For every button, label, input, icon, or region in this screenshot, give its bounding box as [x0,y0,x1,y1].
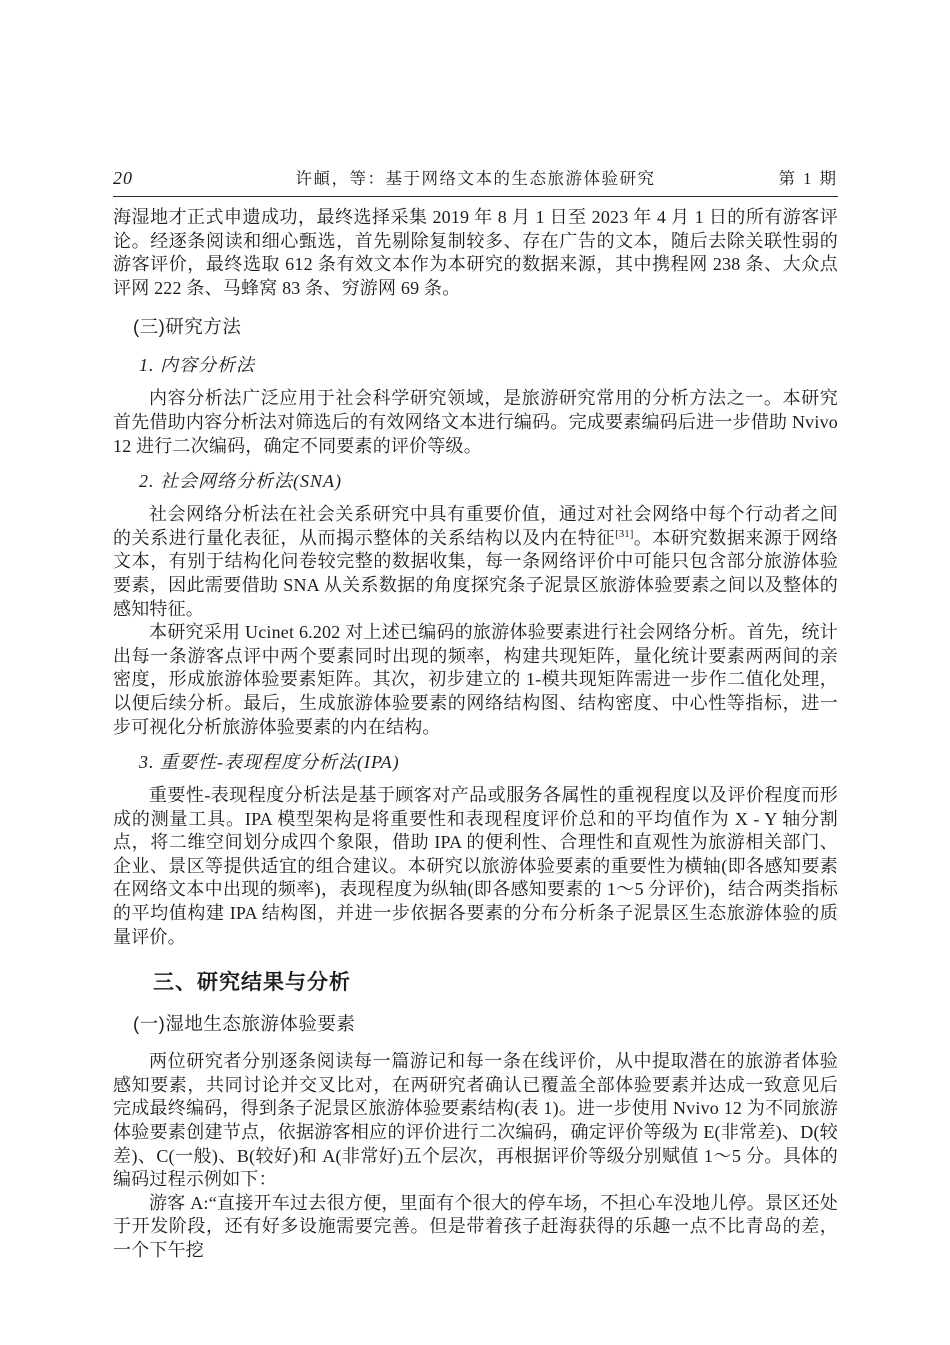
paragraph-ucinet: 本研究采用 Ucinet 6.202 对上述已编码的旅游体验要素进行社会网络分析… [113,621,838,739]
method-heading-sna: 2. 社会网络分析法(SNA) [113,469,838,493]
method-heading-content-analysis: 1. 内容分析法 [113,353,838,377]
running-header: 20 许頔，等：基于网络文本的生态旅游体验研究 第 1 期 [113,165,838,197]
section-heading-research-methods: (三)研究方法 [113,315,838,339]
issue-label: 第 1 期 [748,165,838,189]
paragraph-tourist-a-quote: 游客 A:“直接开车过去很方便，里面有个很大的停车场，不担心车没地儿停。景区还处… [113,1192,838,1263]
page-body: 海湿地才正式申遗成功，最终选择采集 2019 年 8 月 1 日至 2023 年… [113,206,838,1263]
page-number: 20 [113,168,203,189]
paragraph-coding-process: 两位研究者分别逐条阅读每一篇游记和每一条在线评价，从中提取潜在的旅游者体验感知要… [113,1050,838,1192]
section-heading-experience-elements: (一)湿地生态旅游体验要素 [113,1012,838,1036]
chapter-heading-results: 三、研究结果与分析 [113,969,838,997]
citation-ref-31: [31] [615,528,633,540]
method-heading-ipa: 3. 重要性-表现程度分析法(IPA) [113,750,838,774]
paragraph-sna-intro: 社会网络分析法在社会关系研究中具有重要价值，通过对社会网络中每个行动者之间的关系… [113,503,838,621]
paragraph-data-source: 海湿地才正式申遗成功，最终选择采集 2019 年 8 月 1 日至 2023 年… [113,206,838,300]
paper-page: 20 许頔，等：基于网络文本的生态旅游体验研究 第 1 期 海湿地才正式申遗成功… [0,0,950,1345]
running-title: 许頔，等：基于网络文本的生态旅游体验研究 [203,165,748,189]
paragraph-ipa: 重要性-表现程度分析法是基于顾客对产品或服务各属性的重视程度以及评价程度而形成的… [113,784,838,949]
paragraph-content-analysis: 内容分析法广泛应用于社会科学研究领域，是旅游研究常用的分析方法之一。本研究首先借… [113,387,838,458]
